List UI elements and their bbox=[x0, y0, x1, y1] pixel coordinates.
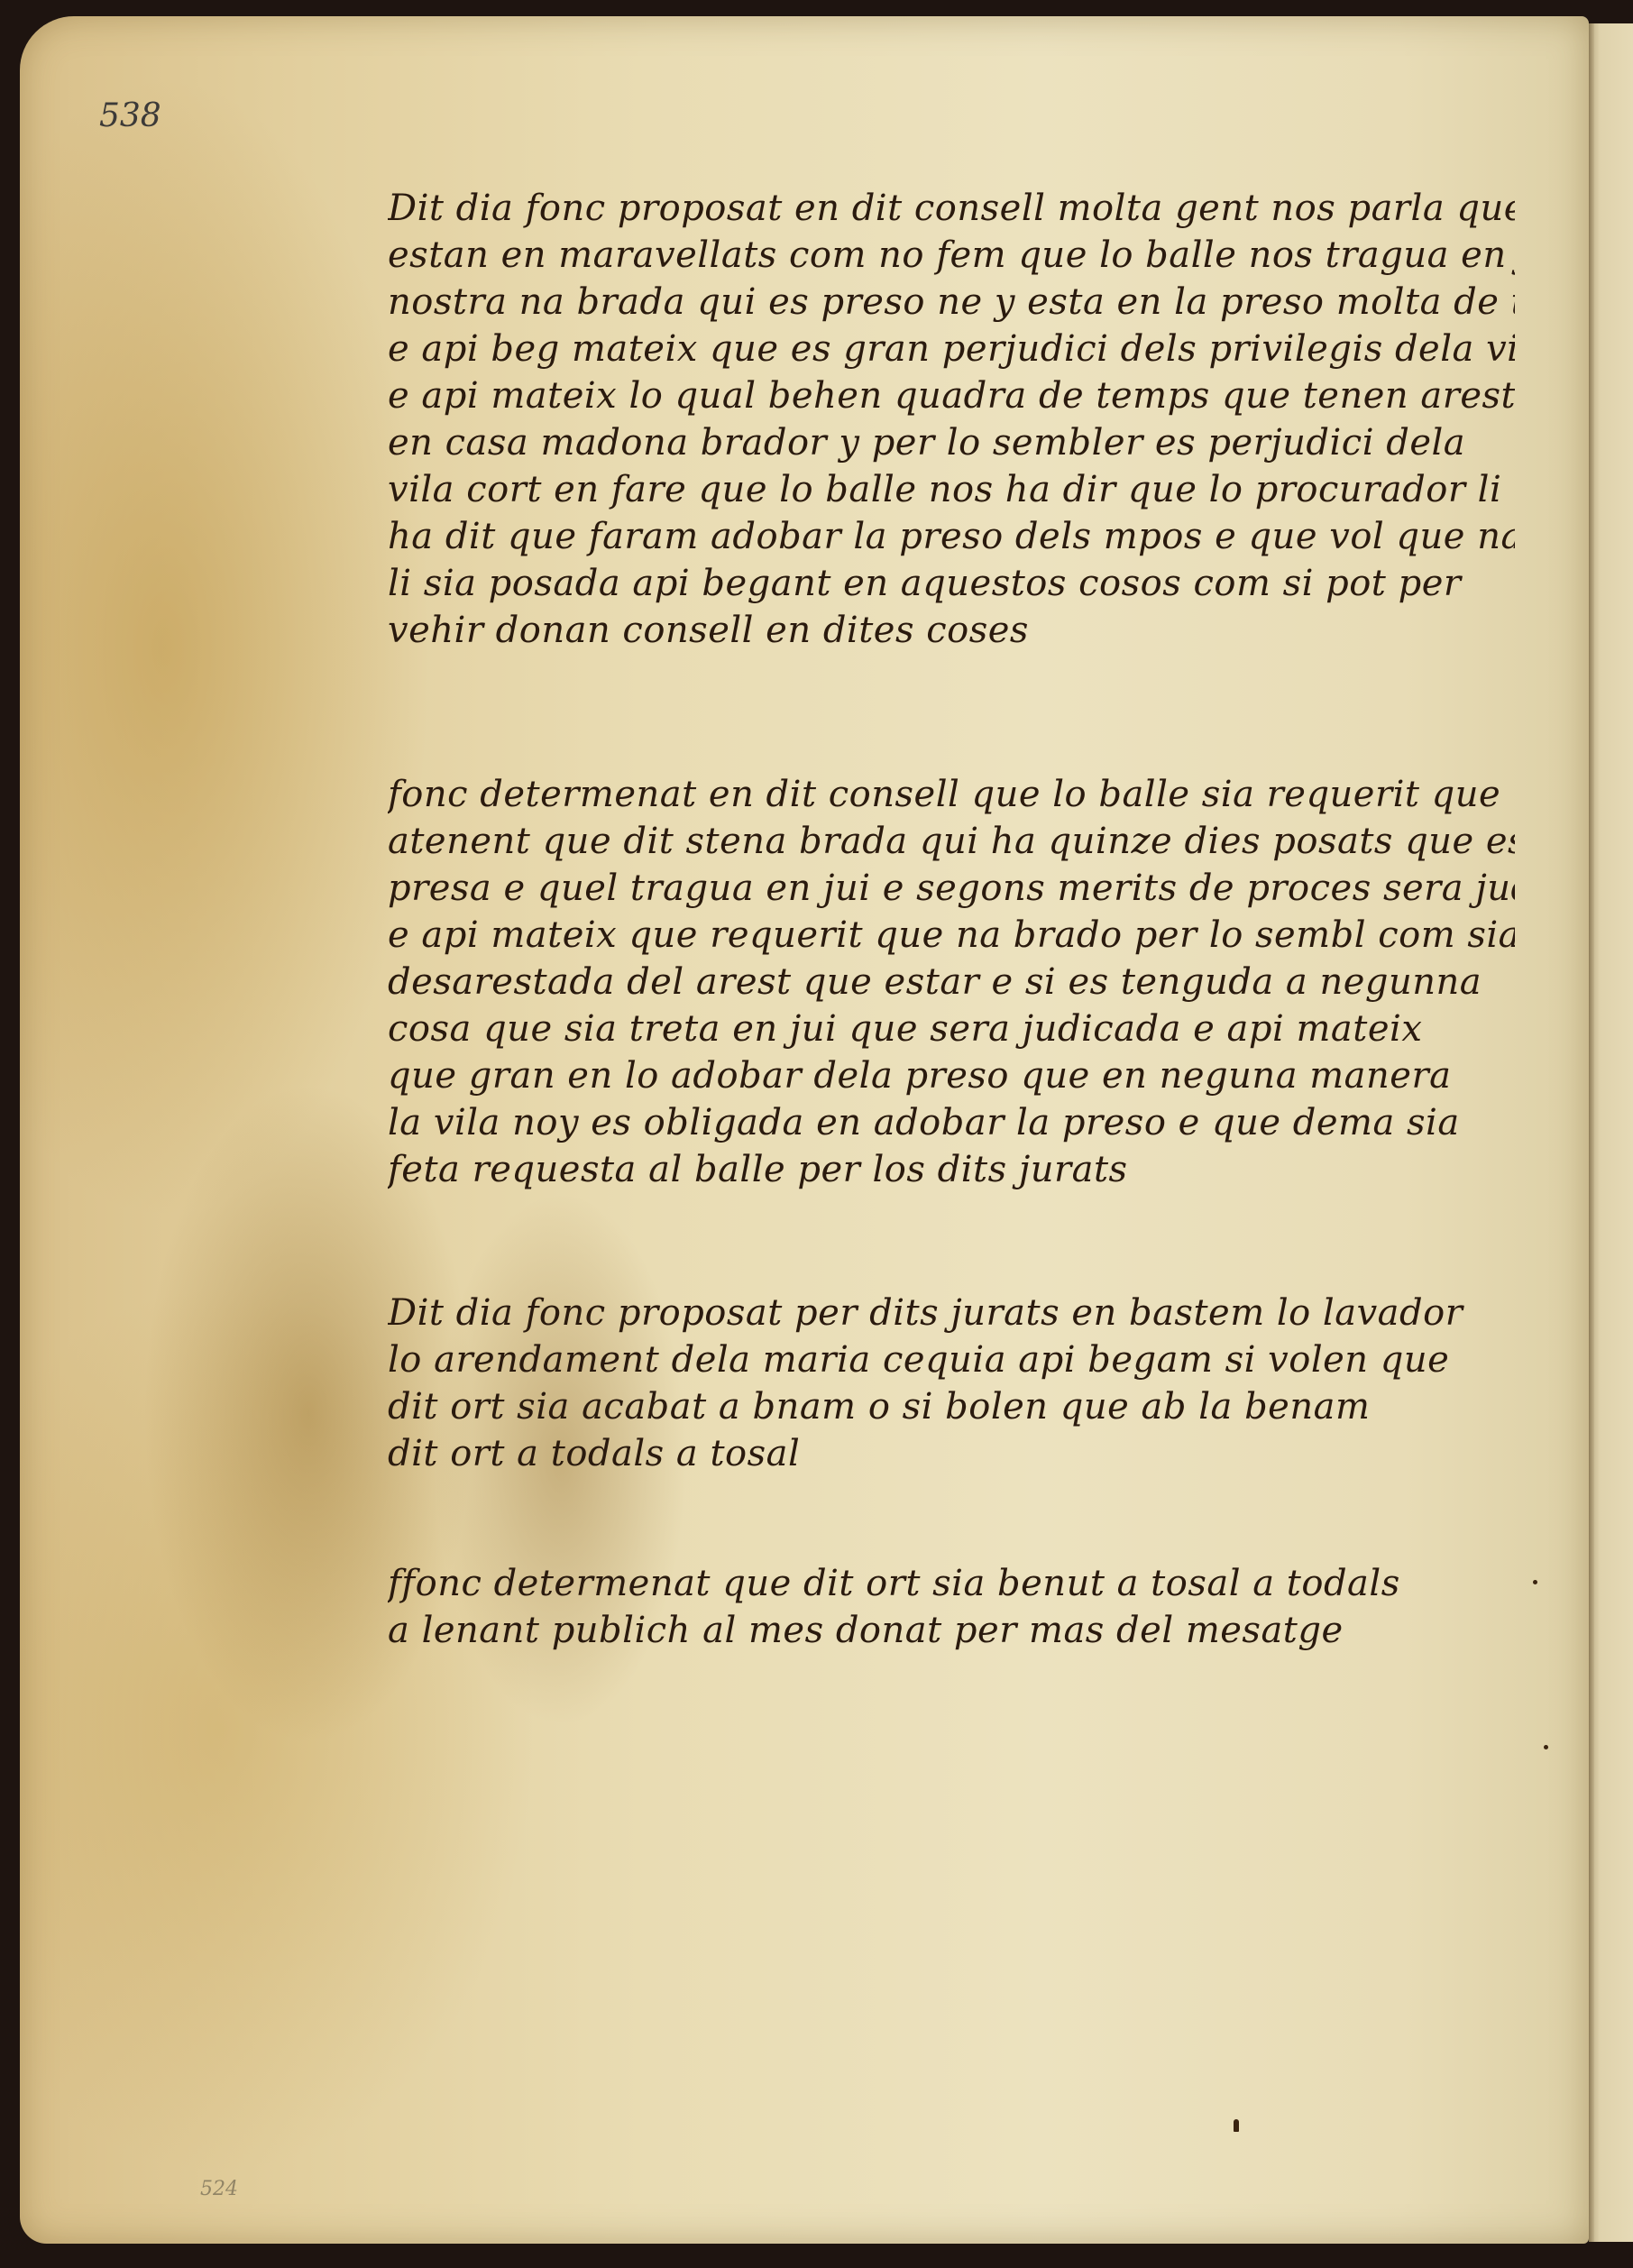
text-line: estan en maravellats com no fem que lo b… bbox=[388, 232, 1515, 279]
ink-dot bbox=[1544, 1745, 1548, 1749]
text-line: vila cort en fare que lo balle nos ha di… bbox=[388, 466, 1515, 513]
text-line: feta requesta al balle per los dits jura… bbox=[388, 1146, 1515, 1193]
paragraph-2: fonc determenat en dit consell que lo ba… bbox=[388, 771, 1515, 1193]
paragraph-4: ffonc determenat que dit ort sia benut a… bbox=[388, 1560, 1515, 1654]
text-line: desarestada del arest que estar e si es … bbox=[388, 959, 1515, 1005]
text-line: e api mateix que requerit que na brado p… bbox=[388, 912, 1515, 959]
ink-blot bbox=[1234, 2119, 1239, 2132]
text-line: atenent que dit stena brada qui ha quinz… bbox=[388, 818, 1515, 865]
facing-page-edge bbox=[1589, 23, 1633, 2242]
text-line: li sia posada api begant en aquestos cos… bbox=[388, 560, 1515, 607]
text-line: a lenant publich al mes donat per mas de… bbox=[388, 1607, 1515, 1654]
text-line: la vila noy es obligada en adobar la pre… bbox=[388, 1099, 1515, 1146]
binding-gutter bbox=[1589, 23, 1594, 2242]
text-line: fonc determenat en dit consell que lo ba… bbox=[388, 771, 1515, 818]
paragraph-3: Dit dia fonc proposat per dits jurats en… bbox=[388, 1290, 1515, 1477]
text-line: en casa madona brador y per lo sembler e… bbox=[388, 419, 1515, 466]
paragraph-1: Dit dia fonc proposat en dit consell mol… bbox=[388, 185, 1515, 654]
text-line: que gran en lo adobar dela preso que en … bbox=[388, 1052, 1515, 1099]
text-line: nostra na brada qui es preso ne y esta e… bbox=[388, 279, 1515, 326]
text-line: cosa que sia treta en jui que sera judic… bbox=[388, 1005, 1515, 1052]
old-folio-number: 524 bbox=[200, 2178, 238, 2200]
text-line: e api mateix lo qual behen quadra de tem… bbox=[388, 372, 1515, 419]
folio-number: 538 bbox=[99, 97, 161, 134]
text-line: Dit dia fonc proposat per dits jurats en… bbox=[388, 1290, 1515, 1336]
text-line: ffonc determenat que dit ort sia benut a… bbox=[388, 1560, 1515, 1607]
text-line: dit ort sia acabat a bnam o si bolen que… bbox=[388, 1383, 1515, 1430]
manuscript-scan: 538 524 Dit dia fonc proposat en dit con… bbox=[0, 0, 1633, 2268]
text-line: e api beg mateix que es gran perjudici d… bbox=[388, 326, 1515, 372]
text-line: ha dit que faram adobar la preso dels mp… bbox=[388, 513, 1515, 560]
text-line: dit ort a todals a tosal bbox=[388, 1430, 1515, 1477]
text-line: Dit dia fonc proposat en dit consell mol… bbox=[388, 185, 1515, 232]
text-line: lo arendament dela maria cequia api bega… bbox=[388, 1336, 1515, 1383]
text-line: presa e quel tragua en jui e segons meri… bbox=[388, 865, 1515, 912]
text-line: vehir donan consell en dites coses bbox=[388, 607, 1515, 654]
ink-dot bbox=[1533, 1580, 1537, 1584]
